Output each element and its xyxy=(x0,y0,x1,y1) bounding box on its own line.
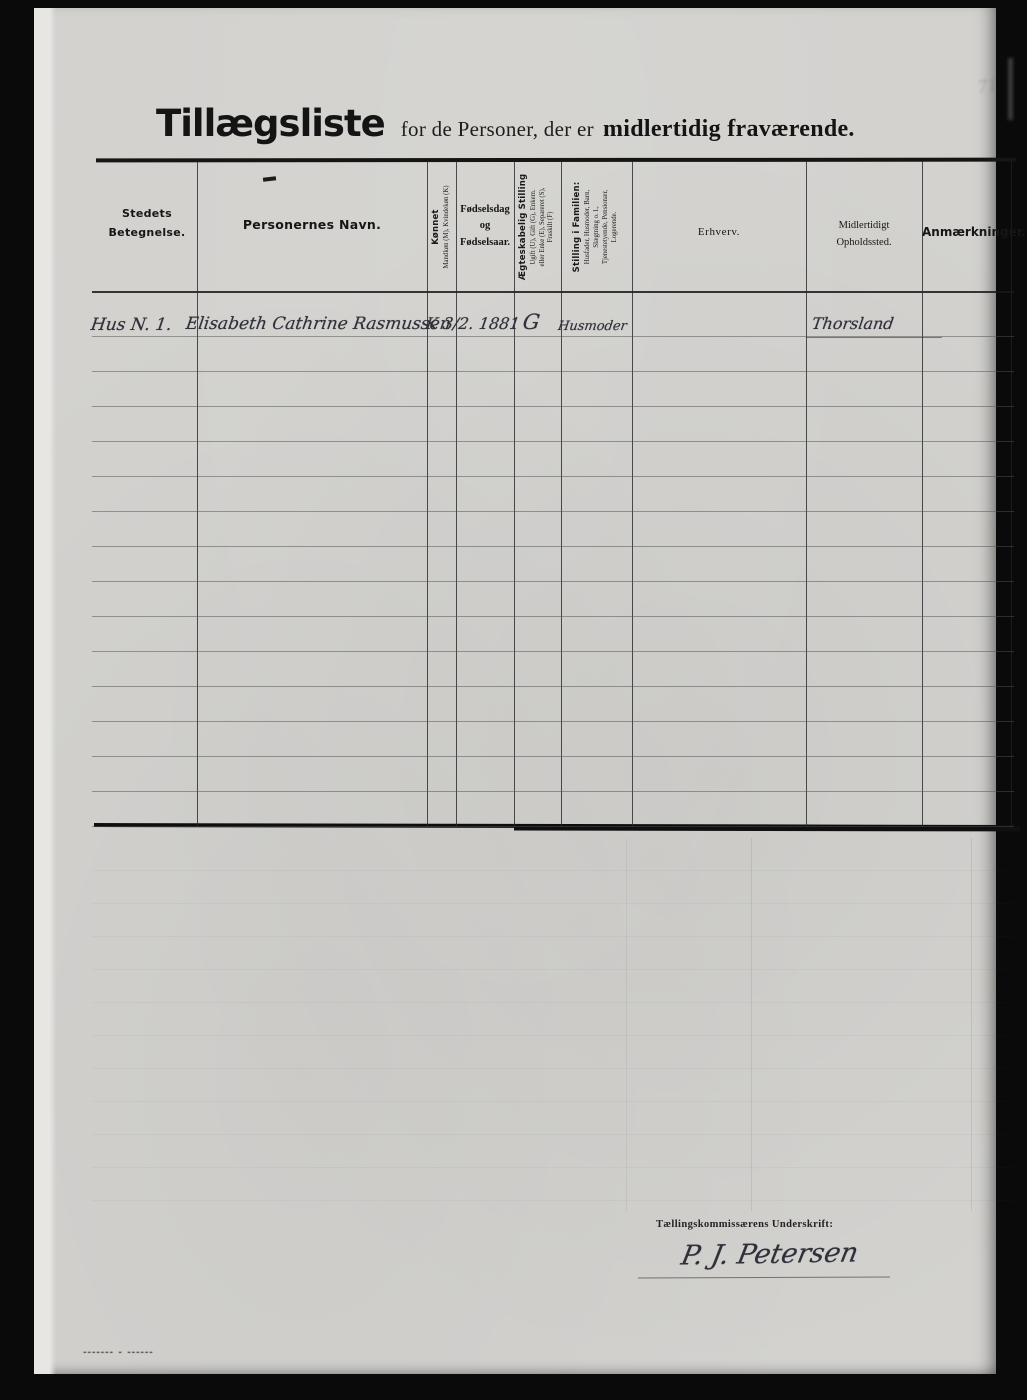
header-stilling-i-familien: Stilling i Familien: Husfader, Husmoder,… xyxy=(569,163,623,291)
header-stilling-sub: Husfader, Husmoder, Barn, Slægtning o. l… xyxy=(584,190,619,264)
entry-opholdssted: Thorsland xyxy=(811,314,895,333)
signature-label: Tællingskommissærens Underskrift: xyxy=(656,1219,833,1230)
signature: P. J. Petersen xyxy=(679,1237,861,1271)
showthrough-grid xyxy=(92,838,1014,1213)
ruled-row-lines xyxy=(92,302,1014,828)
header-stedets-betegnelse: Stedets Betegnelse. xyxy=(97,205,197,242)
header-aegteskabelig-stilling: Ægteskabelig Stilling Ugift (U), Gift (G… xyxy=(514,164,560,290)
header-anmaerkninger: Anmærkninger. xyxy=(922,225,1011,239)
header-aegteskab-main: Ægteskabelig Stilling xyxy=(518,174,528,280)
header-bottom-rule xyxy=(92,291,1014,293)
dash-mark xyxy=(263,176,276,181)
scan-background: Tillægsliste for de Personer, der er mid… xyxy=(0,0,1027,1400)
showthrough-line-3 xyxy=(971,838,972,1211)
entry-kon-dato: K 3/2. 1881 xyxy=(425,314,521,333)
underline-flourish xyxy=(806,337,942,338)
scan-edge-artifact xyxy=(1008,58,1013,120)
header-personernes-navn: Personernes Navn. xyxy=(197,217,427,232)
page-left-edge xyxy=(34,8,56,1374)
showthrough-line-1 xyxy=(626,838,627,1211)
header-konnet-main: Kønnet xyxy=(431,209,441,244)
document-page: Tillægsliste for de Personer, der er mid… xyxy=(34,8,996,1374)
printer-mark: ▪▪▪▪▪▪▪ ▪ ▪▪▪▪▪▪ xyxy=(83,1350,154,1355)
margin-smudge: 71 xyxy=(977,75,999,99)
header-erhverv: Erhverv. xyxy=(632,226,806,238)
header-fodselsdag: Fødselsdag og Fødselsaar. xyxy=(456,202,514,251)
entry-stilling: Husmoder xyxy=(557,319,628,334)
header-stilling-main: Stilling i Familien: xyxy=(572,182,582,273)
title-main: Tillægsliste xyxy=(156,102,385,145)
entry-sted: Hus N. 1. xyxy=(90,315,174,335)
table-top-rule xyxy=(96,158,1016,162)
signature-line xyxy=(638,1277,890,1279)
entry-navn: Elisabeth Cathrine Rasmussen xyxy=(185,314,453,334)
title-subtitle: for de Personer, der er xyxy=(401,117,594,142)
title-subtitle-bold: midlertidig fraværende. xyxy=(603,116,855,143)
header-konnet: Kønnet Mandkøn (M), Kvindekøn (K) xyxy=(428,167,454,287)
header-midlertidigt-opholdssted: Midlertidigt Opholdssted. xyxy=(806,217,922,252)
document-title: Tillægsliste for de Personer, der er mid… xyxy=(156,102,986,145)
header-aegteskab-sub: Ugift (U), Gift (G), Enkem. eller Enke (… xyxy=(530,188,556,267)
header-konnet-sub: Mandkøn (M), Kvindekøn (K) xyxy=(443,185,452,268)
showthrough-line-2 xyxy=(751,838,752,1211)
entry-aegteskabelig: G xyxy=(521,310,541,334)
